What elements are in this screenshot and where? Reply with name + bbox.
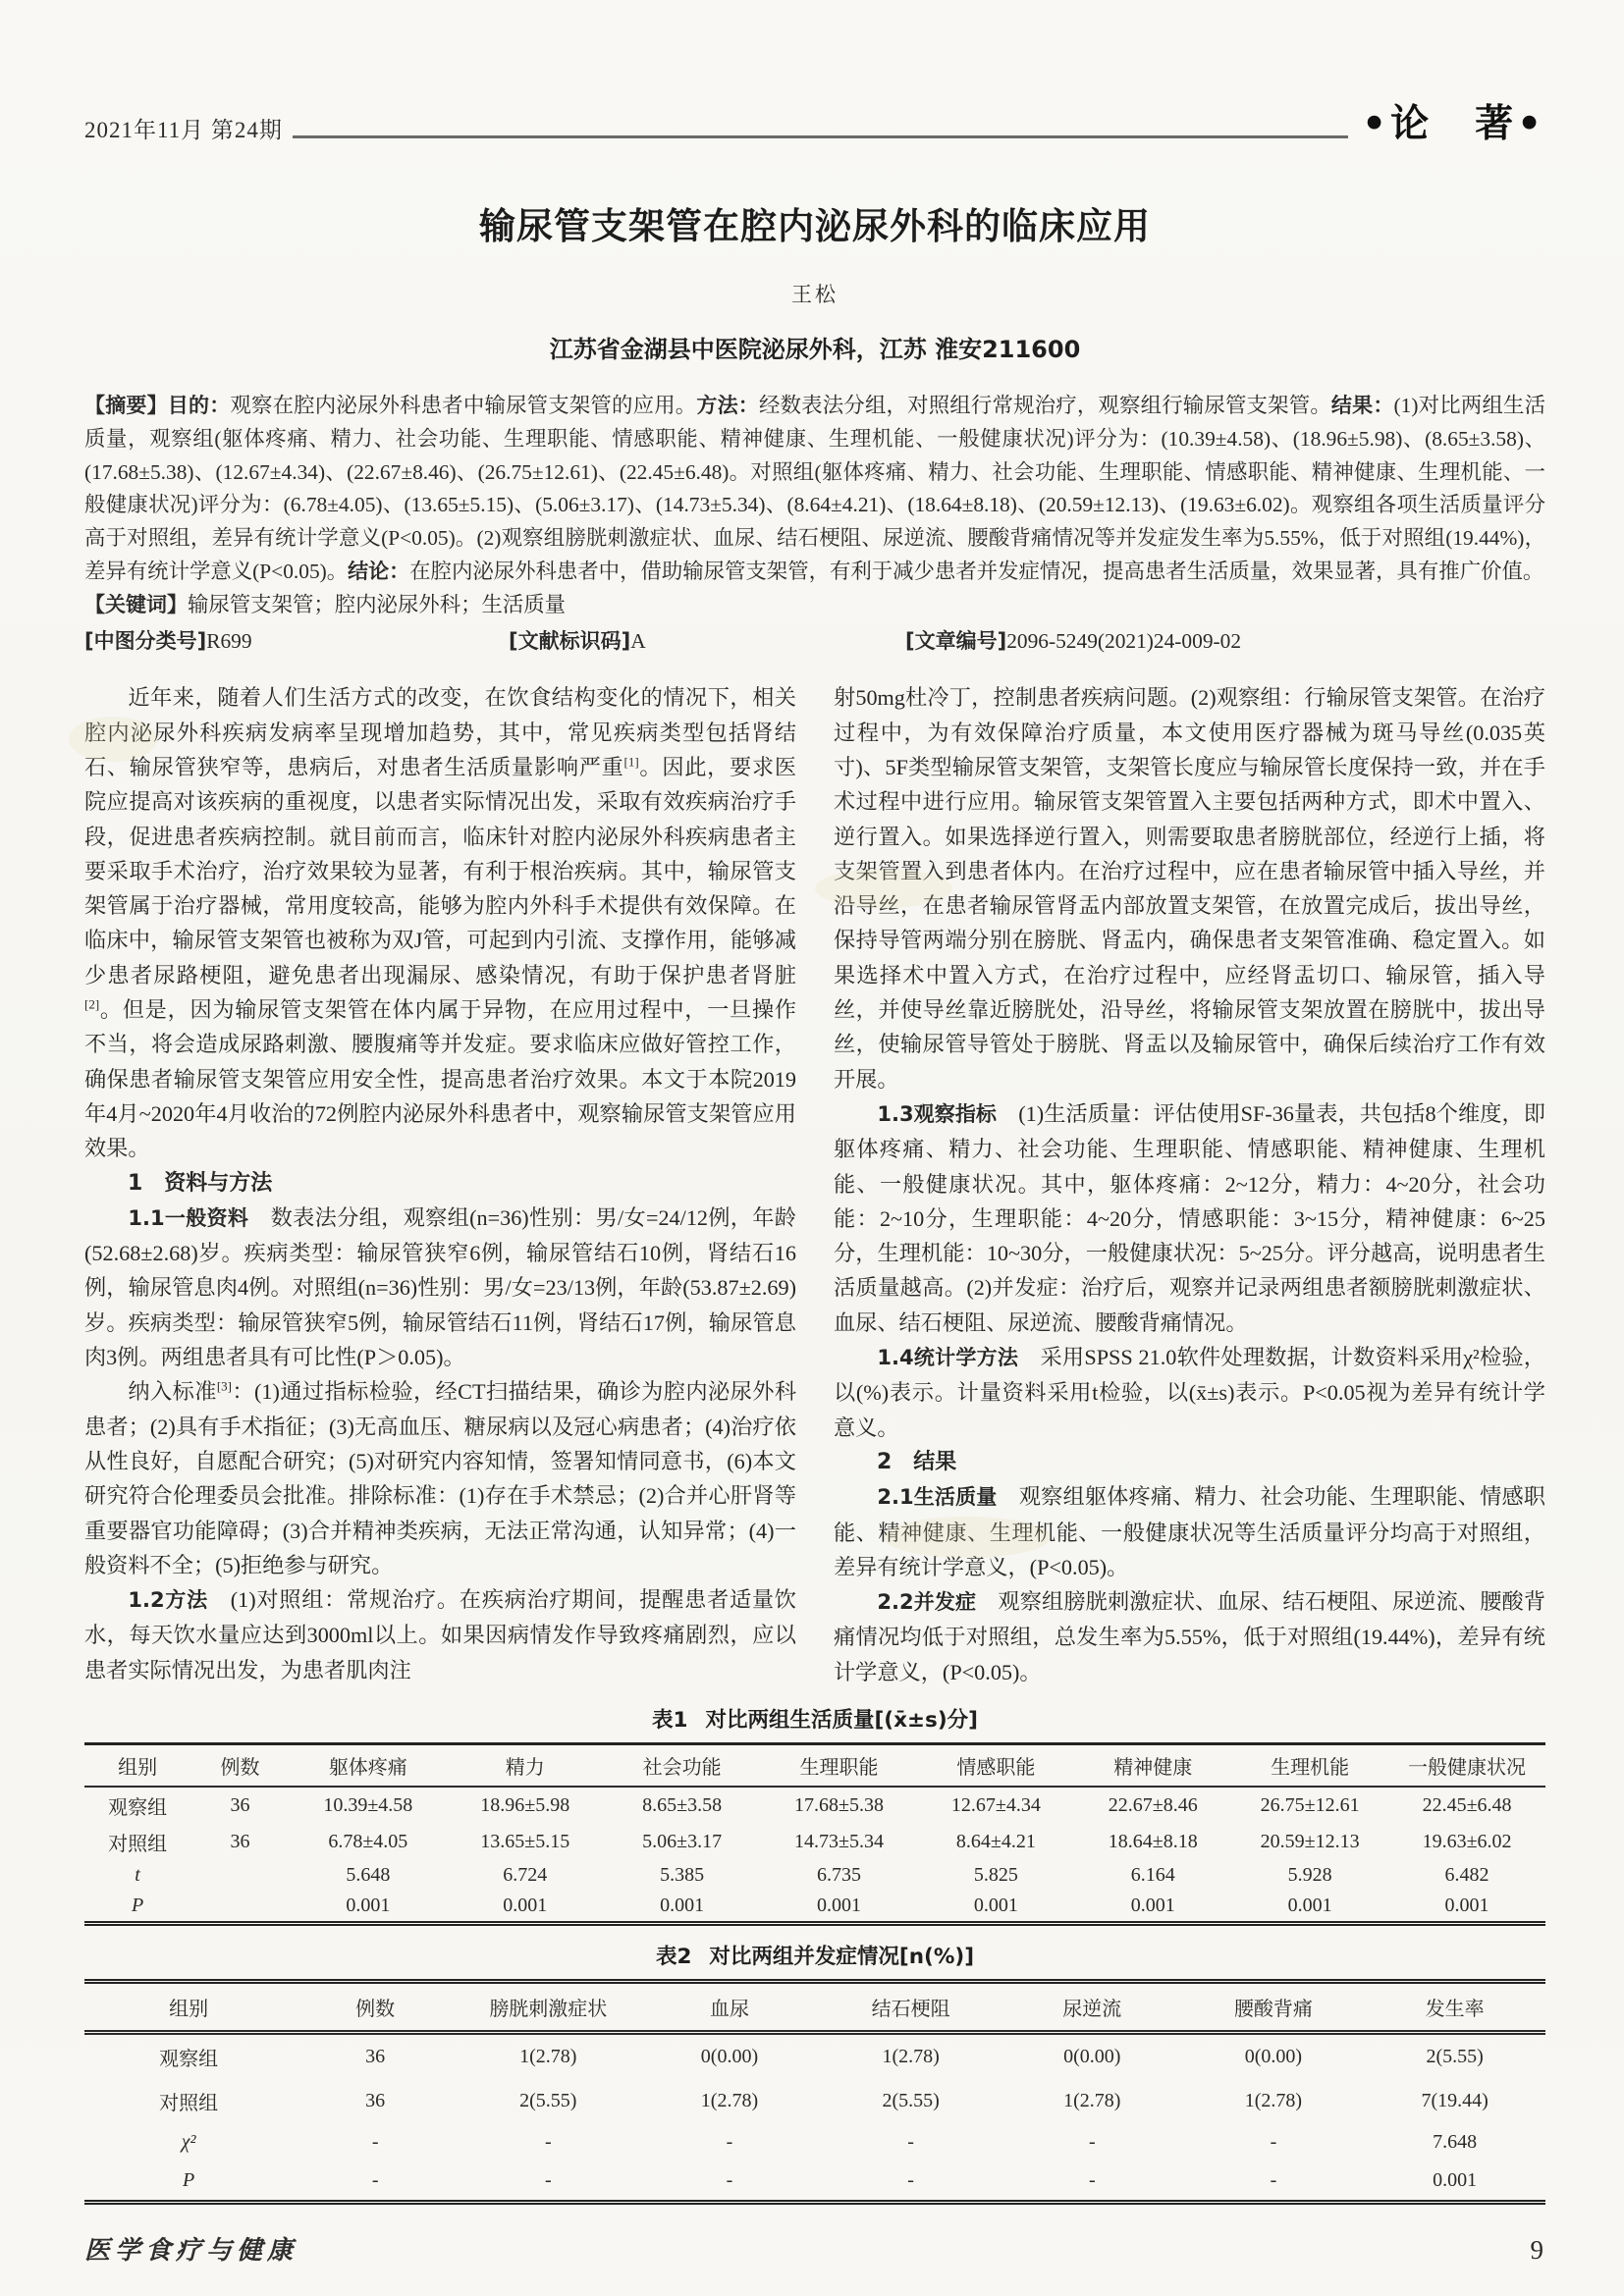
table-cell: 5.385 [604, 1860, 761, 1891]
left-column: 近年来，随着人们生活方式的改变，在饮食结构变化的情况下，相关腔内泌尿外科疾病发病… [84, 680, 796, 1689]
table-header-cell: 社会功能 [604, 1743, 761, 1787]
citation-ref-1: [1] [624, 755, 639, 770]
table-cell: 对照组 [84, 2079, 293, 2123]
table-header-cell: 组别 [84, 1743, 190, 1787]
criteria-text-b: ：(1)通过指标检验，经CT扫描结果，确诊为腔内泌尿外科患者；(2)具有手术指征… [84, 1379, 796, 1576]
table-row: P------0.001 [84, 2162, 1545, 2203]
table-header-cell: 精力 [447, 1743, 604, 1787]
paragraph-criteria: 纳入标准[3]：(1)通过指标检验，经CT扫描结果，确诊为腔内泌尿外科患者；(2… [84, 1374, 796, 1582]
table-row: 对照组366.78±4.0513.65±5.155.06±3.1714.73±5… [84, 1824, 1545, 1860]
table-header-cell: 血尿 [639, 1981, 821, 2032]
table-cell: 17.68±5.38 [761, 1787, 918, 1824]
table-cell: 1(2.78) [458, 2032, 639, 2079]
table-cell: - [458, 2123, 639, 2162]
table-cell: t [84, 1860, 190, 1891]
table-cell: 0.001 [447, 1891, 604, 1924]
table2-caption: 表2对比两组并发症情况[n(%)] [84, 1940, 1545, 1970]
subsection-label-2-2: 2.2并发症 [877, 1590, 976, 1614]
results-text: (1)对比两组生活质量，观察组(躯体疼痛、精力、社会功能、生理职能、情感职能、精… [84, 394, 1545, 583]
table-cell: 0.001 [604, 1891, 761, 1924]
table-cell: 22.67±8.46 [1074, 1787, 1231, 1824]
table2-section: 表2对比两组并发症情况[n(%)] 组别例数膀胱刺激症状血尿结石梗阻尿逆流腰酸背… [84, 1940, 1545, 2205]
table-cell: 5.648 [290, 1860, 447, 1891]
intro-paragraph: 近年来，随着人们生活方式的改变，在饮食结构变化的情况下，相关腔内泌尿外科疾病发病… [84, 680, 796, 1165]
journal-name: 医学食疗与健康 [84, 2230, 298, 2267]
table-cell: 36 [190, 1824, 290, 1860]
table-cell: 13.65±5.15 [447, 1824, 604, 1860]
table-cell: 0.001 [290, 1891, 447, 1924]
table-cell: 对照组 [84, 1824, 190, 1860]
paragraph-method: 1.2方法 (1)对照组：常规治疗。在疾病治疗期间，提醒患者适量饮水，每天饮水量… [84, 1582, 796, 1687]
table-row: t5.6486.7245.3856.7355.8256.1645.9286.48… [84, 1860, 1545, 1891]
article-id-value: 2096-5249(2021)24-009-02 [1006, 629, 1241, 653]
header-rule [293, 135, 1348, 138]
methods-text: 经数表法分组，对照组行常规治疗，观察组行输尿管支架管。 [759, 394, 1331, 417]
table-cell: 0.001 [1364, 2162, 1545, 2203]
table-cell: 6.78±4.05 [290, 1824, 447, 1860]
table-cell: 7(19.44) [1364, 2079, 1545, 2123]
table1-caption-label: 表1 [652, 1708, 687, 1733]
criteria-text-a: 纳入标准 [128, 1379, 216, 1404]
paragraph-statistics-method: 1.4统计学方法 采用SPSS 21.0软件处理数据，计数资料采用χ²检验，以(… [834, 1340, 1545, 1445]
table-cell: 6.164 [1074, 1860, 1231, 1891]
table-cell: 5.06±3.17 [604, 1824, 761, 1860]
subsection-label-1-4: 1.4统计学方法 [877, 1346, 1018, 1369]
article-id-label: [文章编号] [905, 629, 1006, 653]
table-cell: 18.64±8.18 [1074, 1824, 1231, 1860]
table1-caption-text: 对比两组生活质量[(x̄±s)分] [705, 1708, 978, 1733]
table2-caption-text: 对比两组并发症情况[n(%)] [709, 1945, 974, 1969]
page-number: 9 [1531, 2235, 1544, 2266]
table-cell: 0(0.00) [639, 2032, 821, 2079]
table-cell: 22.45±6.48 [1388, 1787, 1545, 1824]
author-name: 王松 [84, 279, 1545, 308]
table-row: χ²------7.648 [84, 2123, 1545, 2162]
table-cell: 1(2.78) [639, 2079, 821, 2123]
clc-value: R699 [206, 629, 251, 653]
paragraph-method-continued: 射50mg杜冷丁，控制患者疾病问题。(2)观察组：行输尿管支架管。在治疗过程中，… [834, 680, 1545, 1096]
table-cell: 0(0.00) [1183, 2032, 1365, 2079]
table-cell: 观察组 [84, 1787, 190, 1824]
table-cell: 1(2.78) [820, 2032, 1001, 2079]
conclusion-label: 结论： [348, 560, 409, 583]
quality-of-life-table: 组别例数躯体疼痛精力社会功能生理职能情感职能精神健康生理机能一般健康状况观察组3… [84, 1742, 1545, 1926]
table-row: 观察组361(2.78)0(0.00)1(2.78)0(0.00)0(0.00)… [84, 2032, 1545, 2079]
table-header-row: 组别例数膀胱刺激症状血尿结石梗阻尿逆流腰酸背痛发生率 [84, 1981, 1545, 2032]
table-header-cell: 例数 [293, 1981, 458, 2032]
table-header-cell: 尿逆流 [1001, 1981, 1183, 2032]
table-cell: 0.001 [1074, 1891, 1231, 1924]
table-cell: - [1001, 2123, 1183, 2162]
table-cell: - [820, 2162, 1001, 2203]
table-cell: - [293, 2123, 458, 2162]
methods-label: 方法： [696, 394, 759, 417]
page-footer: 医学食疗与健康 9 [84, 2230, 1543, 2267]
table-cell: 10.39±4.58 [290, 1787, 447, 1824]
table-header-cell: 精神健康 [1074, 1743, 1231, 1787]
paragraph-general-data: 1.1一般资料 数表法分组，观察组(n=36)性别：男/女=24/12例，年龄(… [84, 1201, 796, 1374]
observation-index-text: (1)生活质量：评估使用SF-36量表，共包括8个维度，即躯体疼痛、精力、社会功… [834, 1101, 1545, 1335]
table-header-cell: 结石梗阻 [820, 1981, 1001, 2032]
table-cell: 2(5.55) [458, 2079, 639, 2123]
table-cell: 6.735 [761, 1860, 918, 1891]
doc-code-value: A [630, 629, 645, 653]
article-body: 近年来，随着人们生活方式的改变，在饮食结构变化的情况下，相关腔内泌尿外科疾病发病… [84, 680, 1545, 1689]
journal-page: 2021年11月 第24期 •论 著• 输尿管支架管在腔内泌尿外科的临床应用 王… [0, 0, 1624, 2296]
table-header-cell: 腰酸背痛 [1183, 1981, 1365, 2032]
table-header-cell: 例数 [190, 1743, 290, 1787]
table-cell [190, 1891, 290, 1924]
right-column: 射50mg杜冷丁，控制患者疾病问题。(2)观察组：行输尿管支架管。在治疗过程中，… [834, 680, 1545, 1689]
table-cell: 观察组 [84, 2032, 293, 2079]
paragraph-observation-index: 1.3观察指标 (1)生活质量：评估使用SF-36量表，共包括8个维度，即躯体疼… [834, 1096, 1545, 1340]
table-cell: 0.001 [1231, 1891, 1388, 1924]
clc-label: [中图分类号] [84, 629, 206, 653]
table-cell: 18.96±5.98 [447, 1787, 604, 1824]
keywords-label: 【关键词】 [84, 593, 188, 616]
table-cell: 14.73±5.34 [761, 1824, 918, 1860]
table-cell: P [84, 2162, 293, 2203]
table-cell: - [820, 2123, 1001, 2162]
table-cell: 1(2.78) [1001, 2079, 1183, 2123]
table-row: 对照组362(5.55)1(2.78)2(5.55)1(2.78)1(2.78)… [84, 2079, 1545, 2123]
table-cell: 2(5.55) [1364, 2032, 1545, 2079]
keywords-line: 【关键词】输尿管支架管；腔内泌尿外科；生活质量 [84, 589, 1545, 622]
table-cell: 36 [293, 2079, 458, 2123]
table-cell: 0.001 [917, 1891, 1074, 1924]
intro-text-b: 。因此，要求医院应提高对该疾病的重视度，以患者实际情况出发，采取有效疾病治疗手段… [84, 755, 796, 988]
conclusion-text: 在腔内泌尿外科患者中，借助输尿管支架管，有利于减少患者并发症情况，提高患者生活质… [409, 560, 1543, 583]
table-header-cell: 躯体疼痛 [290, 1743, 447, 1787]
objective-text: 观察在腔内泌尿外科患者中输尿管支架管的应用。 [230, 394, 696, 417]
table-cell: - [1183, 2123, 1365, 2162]
citation-ref-2: [2] [84, 997, 99, 1012]
table-cell: 0(0.00) [1001, 2032, 1183, 2079]
table-cell: 19.63±6.02 [1388, 1824, 1545, 1860]
table-cell: 6.724 [447, 1860, 604, 1891]
table-cell: 5.825 [917, 1860, 1074, 1891]
table-header-cell: 生理机能 [1231, 1743, 1388, 1787]
section-heading-materials-methods: 1 资料与方法 [84, 1166, 796, 1201]
author-affiliation: 江苏省金湖县中医院泌尿外科，江苏 淮安211600 [84, 330, 1545, 364]
table1-caption: 表1对比两组生活质量[(x̄±s)分] [84, 1703, 1545, 1734]
abstract-block: 【摘要】目的：观察在腔内泌尿外科患者中输尿管支架管的应用。方法：经数表法分组，对… [84, 390, 1545, 658]
paragraph-result-quality-of-life: 2.1生活质量 观察组躯体疼痛、精力、社会功能、生理职能、情感职能、精神健康、生… [834, 1479, 1545, 1584]
table-cell: 36 [190, 1787, 290, 1824]
article-id-item: [文章编号]2096-5249(2021)24-009-02 [905, 625, 1545, 659]
page-header: 2021年11月 第24期 •论 著• [84, 90, 1545, 145]
complications-table: 组别例数膀胱刺激症状血尿结石梗阻尿逆流腰酸背痛发生率观察组361(2.78)0(… [84, 1979, 1545, 2205]
doc-code-label: [文献标识码] [509, 629, 630, 653]
table-header-cell: 组别 [84, 1981, 293, 2032]
table-cell: 1(2.78) [1183, 2079, 1365, 2123]
table-cell: 6.482 [1388, 1860, 1545, 1891]
table-row: 观察组3610.39±4.5818.96±5.988.65±3.5817.68±… [84, 1787, 1545, 1824]
abstract-paragraph: 【摘要】目的：观察在腔内泌尿外科患者中输尿管支架管的应用。方法：经数表法分组，对… [84, 390, 1545, 589]
subsection-label-1-1: 1.1一般资料 [128, 1206, 248, 1230]
section-heading-results: 2 结果 [834, 1445, 1545, 1479]
table-header-cell: 一般健康状况 [1388, 1743, 1545, 1787]
table-cell: - [293, 2162, 458, 2203]
table-header-row: 组别例数躯体疼痛精力社会功能生理职能情感职能精神健康生理机能一般健康状况 [84, 1743, 1545, 1787]
table-cell: 5.928 [1231, 1860, 1388, 1891]
objective-label: 目的： [168, 394, 231, 417]
table-cell: P [84, 1891, 190, 1924]
table-cell: 12.67±4.34 [917, 1787, 1074, 1824]
table-cell: - [639, 2162, 821, 2203]
table1-section: 表1对比两组生活质量[(x̄±s)分] 组别例数躯体疼痛精力社会功能生理职能情感… [84, 1703, 1545, 1926]
issue-label: 2021年11月 第24期 [84, 112, 283, 145]
results-label: 结果： [1331, 394, 1394, 417]
subsection-label-1-3: 1.3观察指标 [877, 1102, 997, 1126]
citation-ref-3: [3] [217, 1379, 232, 1394]
table-row: P0.0010.0010.0010.0010.0010.0010.0010.00… [84, 1891, 1545, 1924]
table-cell: χ² [84, 2123, 293, 2162]
classification-line: [中图分类号]R699 [文献标识码]A [文章编号]2096-5249(202… [84, 625, 1545, 659]
table-header-cell: 发生率 [1364, 1981, 1545, 2032]
table-cell [190, 1860, 290, 1891]
table-cell: - [458, 2162, 639, 2203]
table-cell: 8.65±3.58 [604, 1787, 761, 1824]
table-cell: 36 [293, 2032, 458, 2079]
table2-caption-label: 表2 [656, 1945, 691, 1969]
table-header-cell: 膀胱刺激症状 [458, 1981, 639, 2032]
table-cell: - [1001, 2162, 1183, 2203]
table-cell: 2(5.55) [820, 2079, 1001, 2123]
keywords-text: 输尿管支架管；腔内泌尿外科；生活质量 [188, 593, 566, 616]
column-type-label: •论 著• [1362, 93, 1545, 148]
table-cell: 20.59±12.13 [1231, 1824, 1388, 1860]
table-header-cell: 情感职能 [917, 1743, 1074, 1787]
table-cell: 0.001 [1388, 1891, 1545, 1924]
article-title: 输尿管支架管在腔内泌尿外科的临床应用 [84, 196, 1545, 249]
clc-item: [中图分类号]R699 [84, 625, 509, 659]
table-cell: - [639, 2123, 821, 2162]
intro-text-c: 。但是，因为输尿管支架管在体内属于异物，在应用过程中，一旦操作不当，将会造成尿路… [84, 997, 796, 1160]
subsection-label-2-1: 2.1生活质量 [877, 1485, 997, 1509]
subsection-label-1-2: 1.2方法 [128, 1588, 207, 1612]
table-cell: 0.001 [761, 1891, 918, 1924]
table-cell: - [1183, 2162, 1365, 2203]
table-cell: 26.75±12.61 [1231, 1787, 1388, 1824]
doc-code-item: [文献标识码]A [509, 625, 905, 659]
table-header-cell: 生理职能 [761, 1743, 918, 1787]
table-cell: 8.64±4.21 [917, 1824, 1074, 1860]
paragraph-result-complications: 2.2并发症 观察组膀胱刺激症状、血尿、结石梗阻、尿逆流、腰酸背痛情况均低于对照… [834, 1584, 1545, 1689]
abstract-label: 【摘要】 [84, 394, 168, 417]
table-cell: 7.648 [1364, 2123, 1545, 2162]
